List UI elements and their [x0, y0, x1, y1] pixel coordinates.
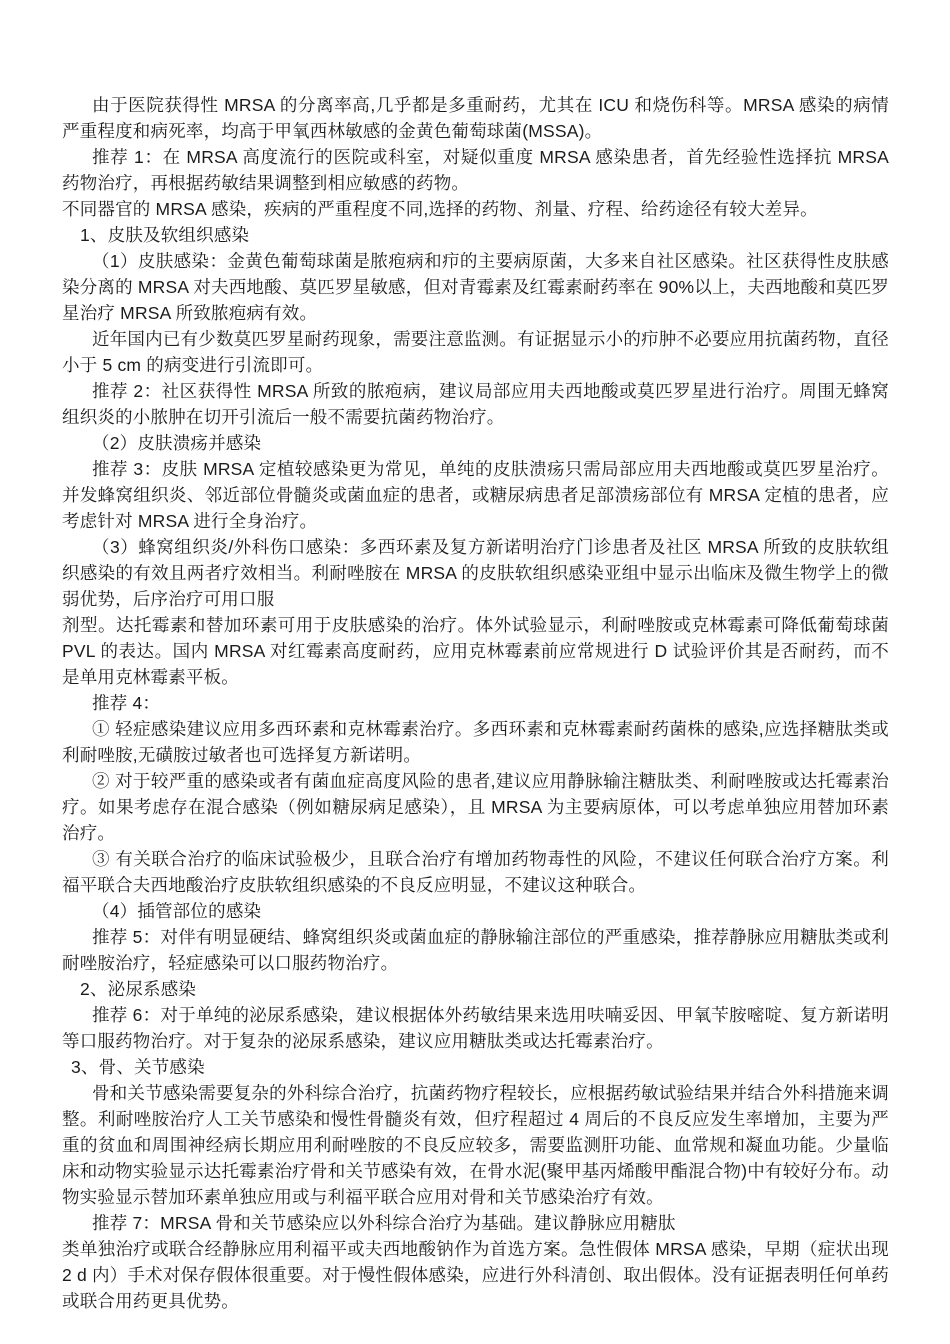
- paragraph-recommendation-4-item-3: ③ 有关联合治疗的临床试验极少，且联合治疗有增加药物毒性的风险，不建议任何联合治…: [62, 846, 889, 898]
- heading-urinary-infection: 2、泌尿系感染: [62, 976, 889, 1002]
- paragraph-cellulitis-wound-cont: 剂型。达托霉素和替加环素可用于皮肤感染的治疗。体外试验显示，利耐唑胺或克林霉素可…: [62, 612, 889, 690]
- heading-skin-soft-tissue: 1、皮肤及软组织感染: [62, 222, 889, 248]
- paragraph-recommendation-4-item-1: ① 轻症感染建议应用多西环素和克林霉素治疗。多西环素和克林霉素耐药菌株的感染,应…: [62, 716, 889, 768]
- heading-bone-joint-infection: 3、骨、关节感染: [62, 1054, 889, 1080]
- paragraph-recommendation-5: 推荐 5：对伴有明显硬结、蜂窝组织炎或菌血症的静脉输注部位的严重感染，推荐静脉应…: [62, 924, 889, 976]
- paragraph-cellulitis-wound: （3）蜂窝组织炎/外科伤口感染：多西环素及复方新诺明治疗门诊患者及社区 MRSA…: [62, 534, 889, 612]
- paragraph-recommendation-6: 推荐 6：对于单纯的泌尿系感染，建议根据体外药敏结果来选用呋喃妥因、甲氧苄胺嘧啶…: [62, 1002, 889, 1054]
- paragraph-skin-infection: （1）皮肤感染：金黄色葡萄球菌是脓疱病和疖的主要病原菌，大多来自社区感染。社区获…: [62, 248, 889, 326]
- heading-skin-ulcer: （2）皮肤溃疡并感染: [62, 430, 889, 456]
- paragraph-recommendation-7-cont: 类单独治疗或联合经静脉应用利福平或夫西地酸钠作为首选方案。急性假体 MRSA 感…: [62, 1236, 889, 1314]
- paragraph-recommendation-1: 推荐 1：在 MRSA 高度流行的医院或科室，对疑似重度 MRSA 感染患者，首…: [62, 144, 889, 196]
- paragraph-mupirocin-resistance: 近年国内已有少数莫匹罗星耐药现象，需要注意监测。有证据显示小的疖肿不必要应用抗菌…: [62, 326, 889, 378]
- paragraph-organ-difference-note: 不同器官的 MRSA 感染，疾病的严重程度不同,选择的药物、剂量、疗程、给药途径…: [62, 196, 889, 222]
- paragraph-recommendation-3: 推荐 3：皮肤 MRSA 定植较感染更为常见，单纯的皮肤溃疡只需局部应用夫西地酸…: [62, 456, 889, 534]
- paragraph-recommendation-7: 推荐 7：MRSA 骨和关节感染应以外科综合治疗为基础。建议静脉应用糖肽: [62, 1210, 889, 1236]
- paragraph-recommendation-4-label: 推荐 4：: [62, 690, 889, 716]
- paragraph-recommendation-2: 推荐 2：社区获得性 MRSA 所致的脓疱病，建议局部应用夫西地酸或莫匹罗星进行…: [62, 378, 889, 430]
- heading-catheter-site: （4）插管部位的感染: [62, 898, 889, 924]
- paragraph-recommendation-4-item-2: ② 对于较严重的感染或者有菌血症高度风险的患者,建议应用静脉输注糖肽类、利耐唑胺…: [62, 768, 889, 846]
- paragraph-bone-joint-overview: 骨和关节感染需要复杂的外科综合治疗，抗菌药物疗程较长，应根据药敏试验结果并结合外…: [62, 1080, 889, 1210]
- paragraph-intro-hospital-mrsa: 由于医院获得性 MRSA 的分离率高,几乎都是多重耐药，尤其在 ICU 和烧伤科…: [62, 92, 889, 144]
- document-page: 由于医院获得性 MRSA 的分离率高,几乎都是多重耐药，尤其在 ICU 和烧伤科…: [0, 0, 950, 1344]
